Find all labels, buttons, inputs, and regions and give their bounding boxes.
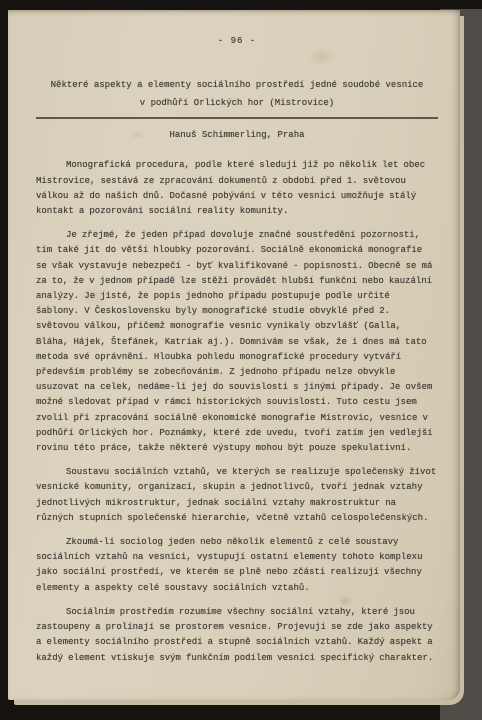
document-title: Některé aspekty a elementy sociálního pr… [36, 76, 438, 112]
paragraph: Monografická procedura, podle které sled… [36, 158, 438, 219]
body-text: Monografická procedura, podle které sled… [36, 158, 438, 665]
title-line-2: v podhůří Orlických hor (Mistrovice) [36, 94, 438, 112]
text-column: - 96 - Některé aspekty a elementy sociál… [36, 10, 438, 675]
paragraph: Soustavu sociálních vztahů, ve kterých s… [36, 465, 438, 526]
paragraph: Je zřejmé, že jeden případ dovoluje znač… [36, 228, 438, 456]
paragraph: Zkoumá-li sociolog jeden nebo několik el… [36, 535, 438, 596]
paragraph: Sociálním prostředím rozumíme všechny so… [36, 605, 438, 666]
title-line-1: Některé aspekty a elementy sociálního pr… [36, 76, 438, 94]
document-page: - 96 - Některé aspekty a elementy sociál… [8, 10, 460, 700]
page-number: - 96 - [36, 34, 438, 49]
title-underline-rule [36, 117, 438, 119]
author-line: Hanuš Schimmerling, Praha [36, 128, 438, 143]
